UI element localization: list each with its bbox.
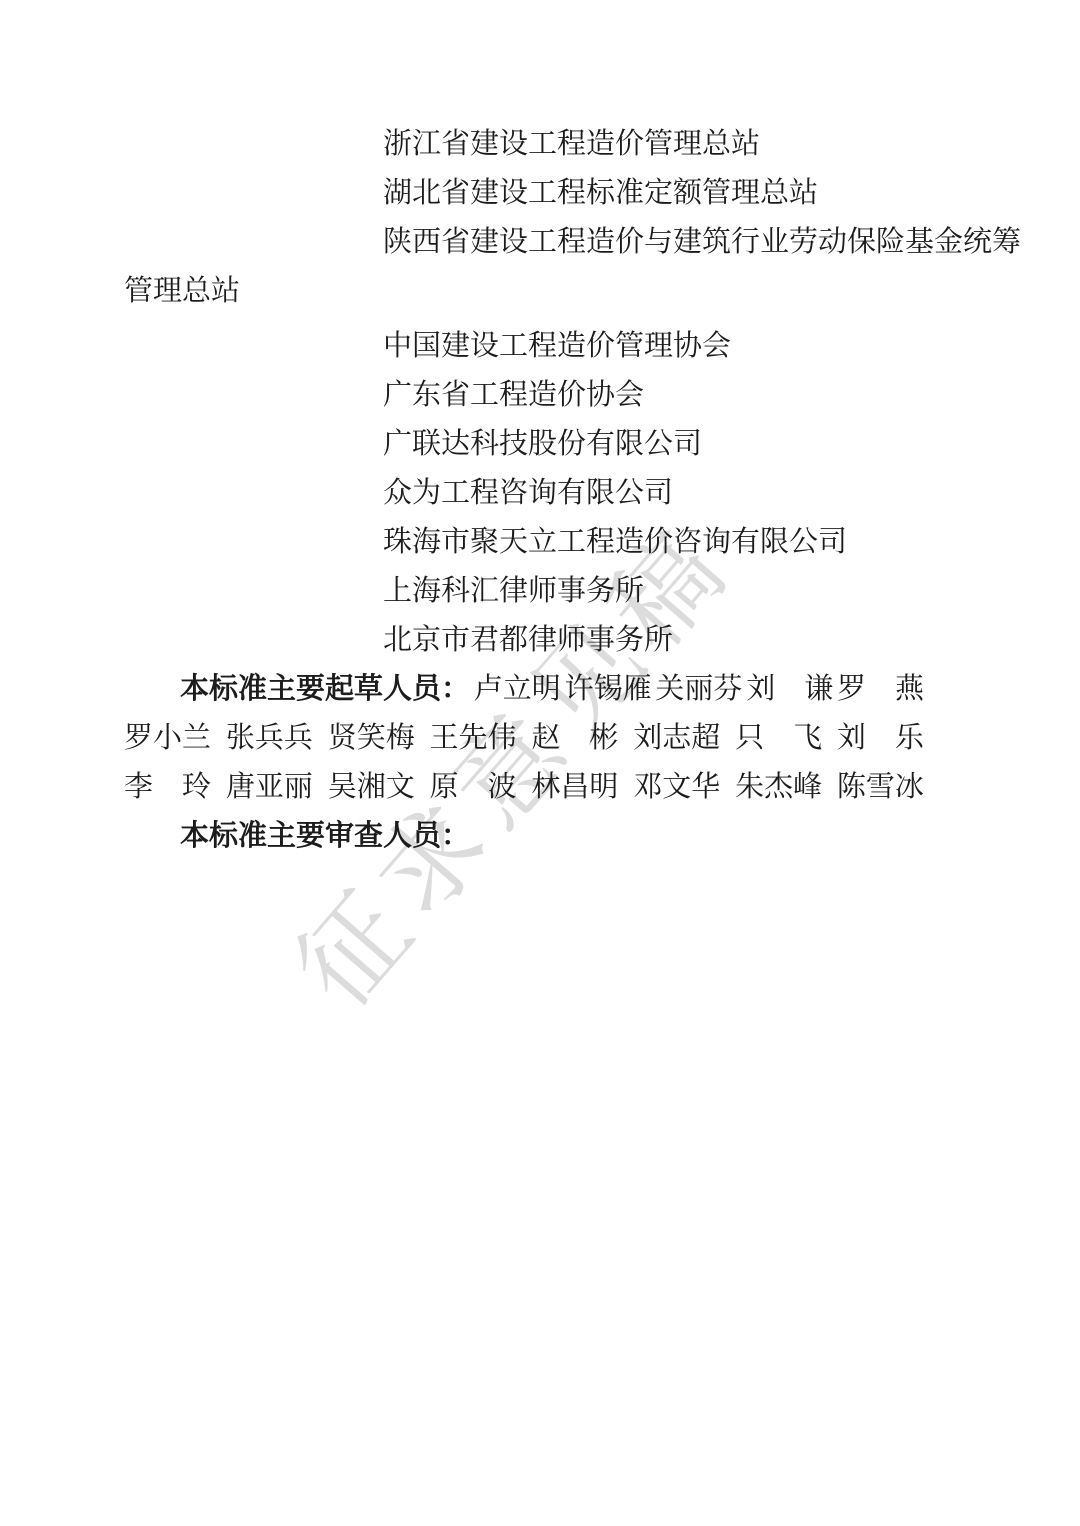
drafters-label: 本标准主要起草人员： — [180, 665, 470, 714]
document-page: 征求意见稿 浙江省建设工程造价管理总站湖北省建设工程标准定额管理总站陕西省建设工… — [0, 0, 1080, 1526]
drafter-name: 罗小兰 — [124, 714, 211, 763]
drafter-name: 刘志超 — [633, 714, 720, 763]
page-content: 浙江省建设工程造价管理总站湖北省建设工程标准定额管理总站陕西省建设工程造价与建筑… — [124, 120, 956, 861]
drafter-name: 刘 谦 — [746, 665, 833, 714]
drafter-name: 罗 燕 — [837, 665, 924, 714]
drafter-name: 李 玲 — [124, 763, 211, 812]
organization-item: 湖北省建设工程标准定额管理总站 — [124, 169, 956, 218]
organization-item: 北京市君都律师事务所 — [124, 616, 956, 665]
drafter-name: 张兵兵 — [226, 714, 313, 763]
organization-continuation-line: 管理总站 — [124, 267, 956, 316]
organization-item: 众为工程咨询有限公司 — [124, 469, 956, 518]
drafter-name: 邓文华 — [633, 763, 720, 812]
drafter-name: 贤笑梅 — [328, 714, 415, 763]
organization-item: 浙江省建设工程造价管理总站 — [124, 120, 956, 169]
drafter-name: 林昌明 — [531, 763, 618, 812]
reviewers-label: 本标准主要审查人员： — [180, 820, 470, 852]
drafter-name: 陈雪冰 — [837, 763, 924, 812]
organization-list-part2: 中国建设工程造价管理协会广东省工程造价协会广联达科技股份有限公司众为工程咨询有限… — [124, 322, 956, 665]
organization-item: 上海科汇律师事务所 — [124, 567, 956, 616]
drafter-name: 唐亚丽 — [226, 763, 313, 812]
drafter-name: 朱杰峰 — [735, 763, 822, 812]
organization-list-part1: 浙江省建设工程造价管理总站湖北省建设工程标准定额管理总站陕西省建设工程造价与建筑… — [124, 120, 956, 267]
drafter-name: 赵 彬 — [531, 714, 618, 763]
drafter-name: 只 飞 — [735, 714, 822, 763]
drafters-line-3: 李 玲唐亚丽吴湘文原 波林昌明邓文华朱杰峰陈雪冰 — [124, 763, 924, 812]
drafter-name: 许锡雁 — [565, 665, 652, 714]
drafter-name: 吴湘文 — [328, 763, 415, 812]
drafter-name: 卢立明 — [474, 665, 561, 714]
reviewers-line: 本标准主要审查人员： — [180, 812, 956, 861]
drafter-name: 原 波 — [430, 763, 517, 812]
drafter-name: 关丽芬 — [655, 665, 742, 714]
organization-item: 广联达科技股份有限公司 — [124, 420, 956, 469]
organization-item: 中国建设工程造价管理协会 — [124, 322, 956, 371]
organization-item: 陕西省建设工程造价与建筑行业劳动保险基金统筹 — [124, 218, 956, 267]
organization-item: 广东省工程造价协会 — [124, 371, 956, 420]
drafter-name: 王先伟 — [430, 714, 517, 763]
drafters-line-1: 本标准主要起草人员： 卢立明许锡雁关丽芬刘 谦罗 燕 — [180, 665, 924, 714]
drafters-line-2: 罗小兰张兵兵贤笑梅王先伟赵 彬刘志超只 飞刘 乐 — [124, 714, 924, 763]
organization-item: 珠海市聚天立工程造价咨询有限公司 — [124, 518, 956, 567]
drafter-name: 刘 乐 — [837, 714, 924, 763]
